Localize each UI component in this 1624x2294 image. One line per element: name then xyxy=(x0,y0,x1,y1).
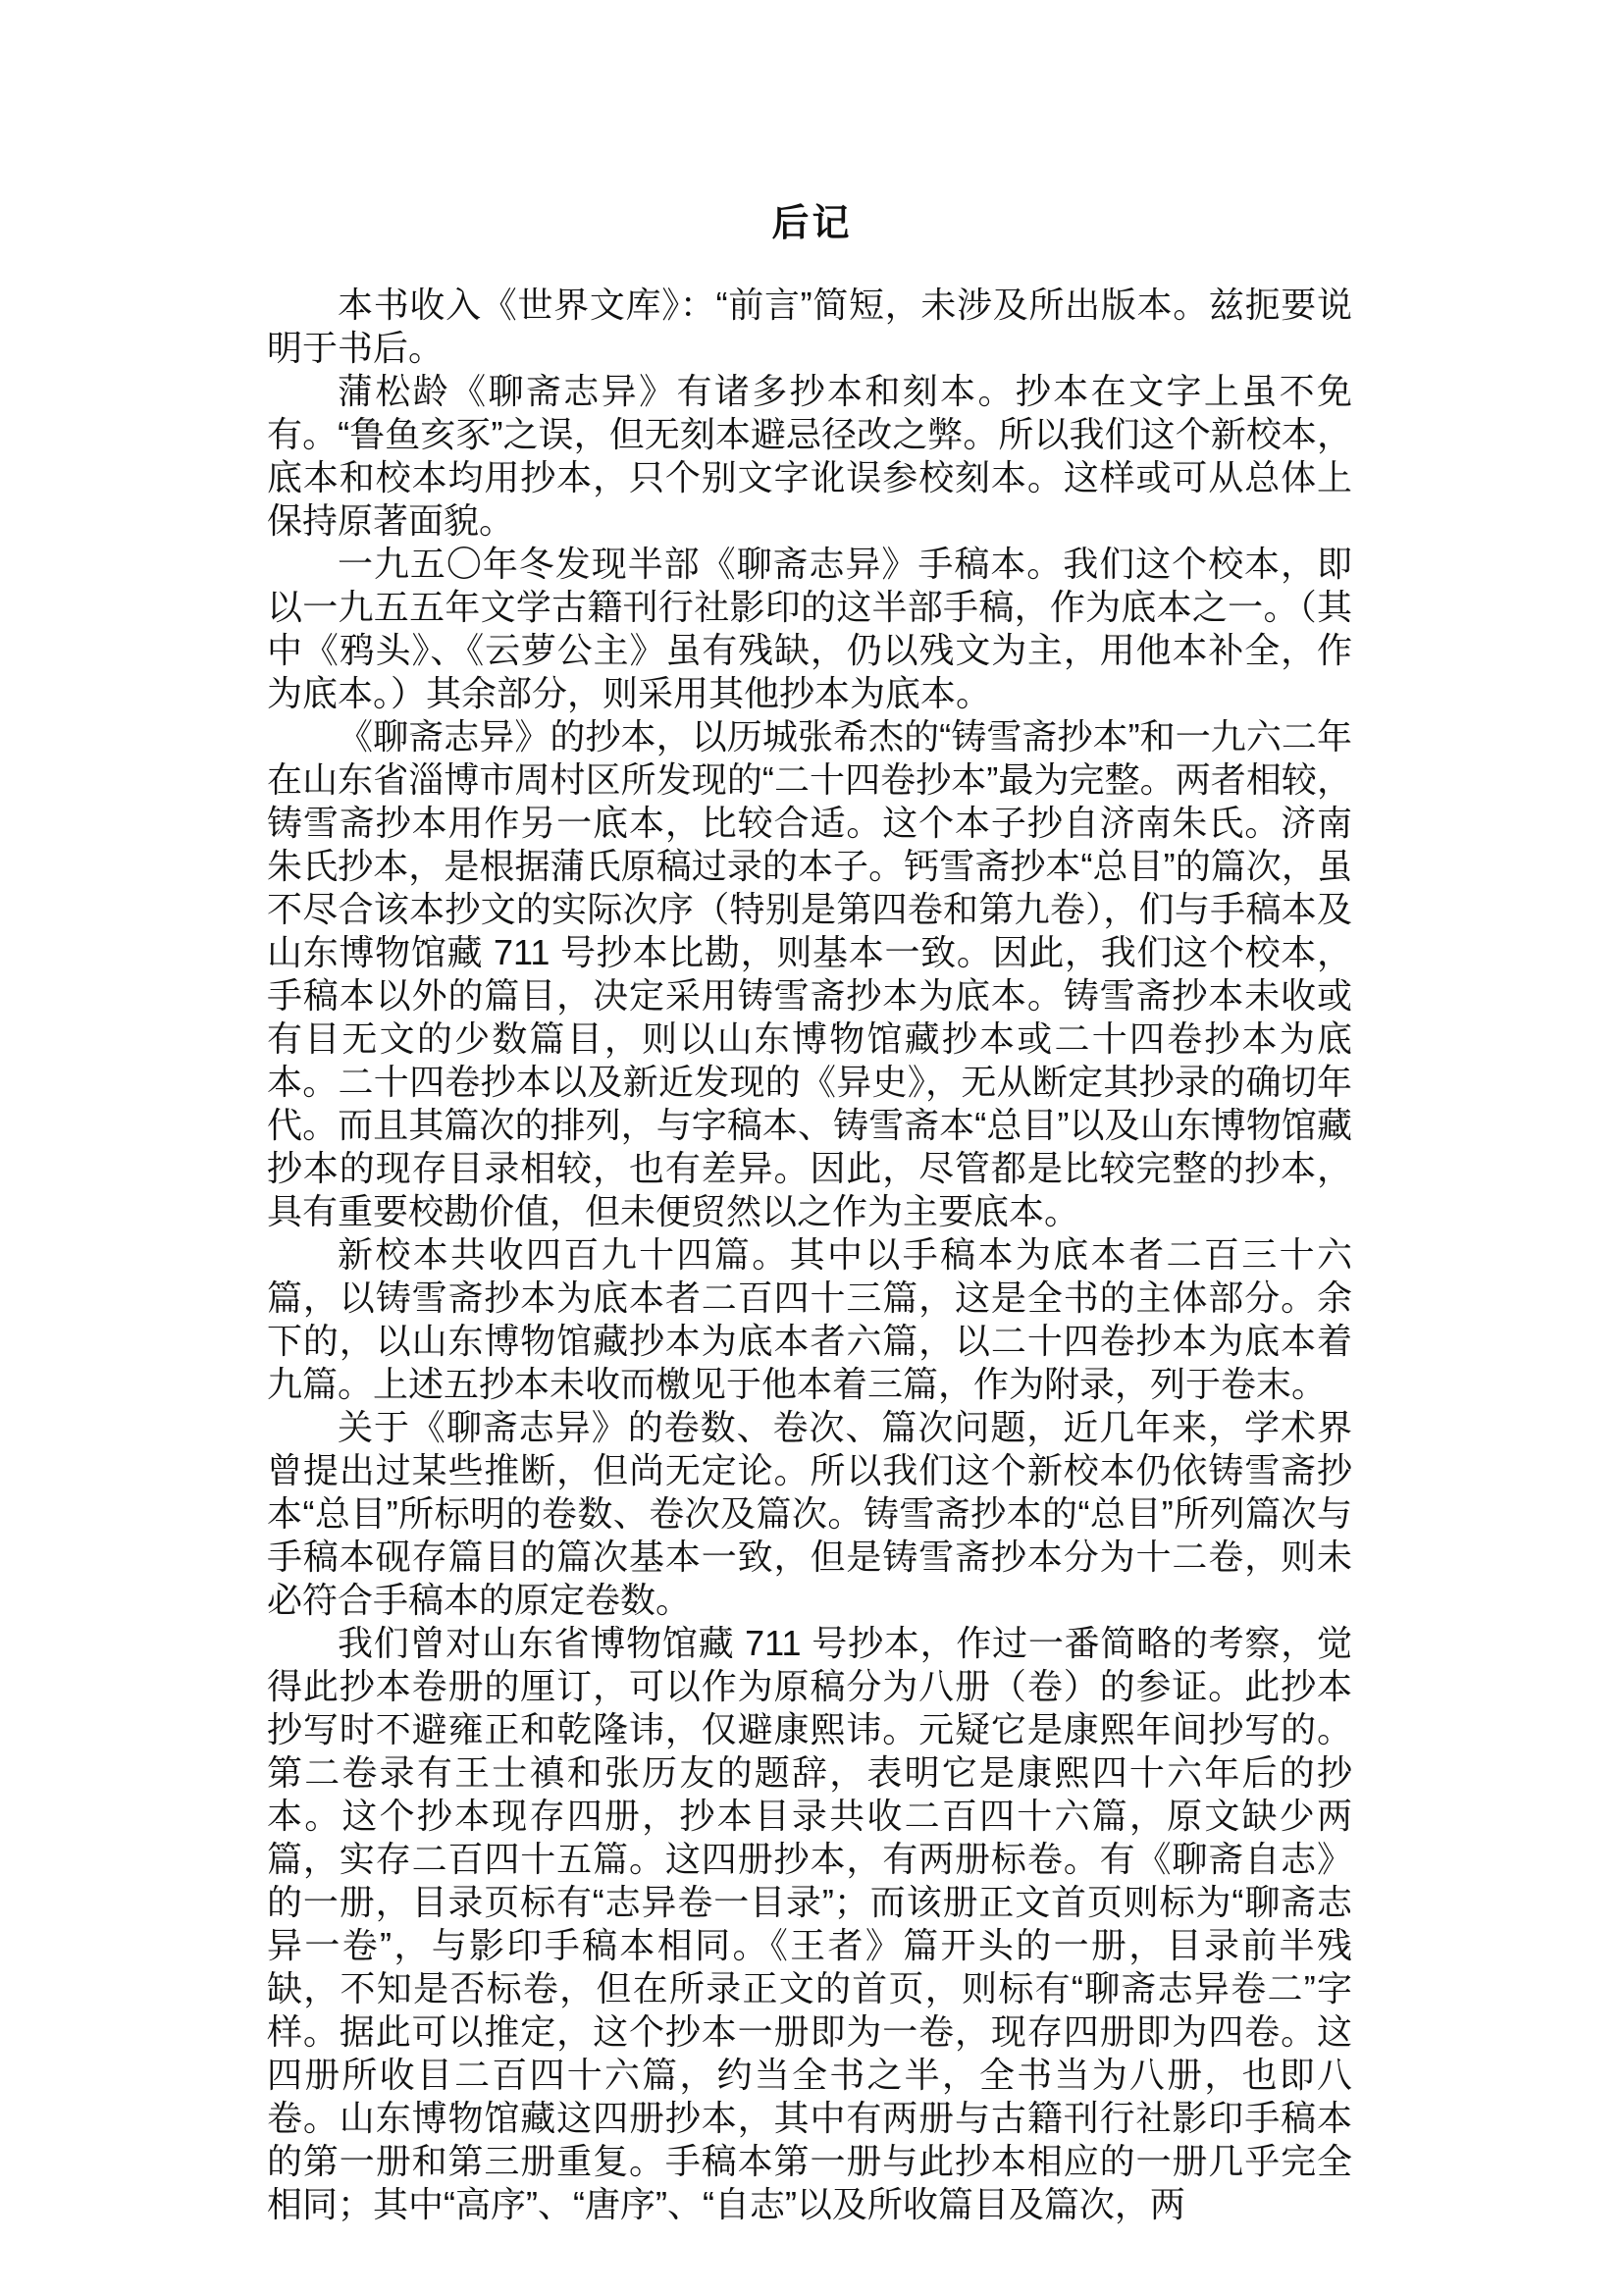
paragraph: 《聊斋志异》的抄本，以历城张希杰的“铸雪斋抄本”和一九六二年在山东省淄博市周村区… xyxy=(267,715,1352,1233)
paragraph: 一九五〇年冬发现半部《聊斋志异》手稿本。我们这个校本，即以一九五五年文学古籍刊行… xyxy=(267,543,1352,715)
paragraph: 本书收入《世界文库》：“前言”简短，未涉及所出版本。兹扼要说明于书后。 xyxy=(267,284,1352,370)
page-title: 后记 xyxy=(0,192,1624,246)
paragraph: 新校本共收四百九十四篇。其中以手稿本为底本者二百三十六篇，以铸雪斋抄本为底本者二… xyxy=(267,1233,1352,1406)
paragraph: 蒲松龄《聊斋志异》有诸多抄本和刻本。抄本在文字上虽不免有。“鲁鱼亥豕”之误，但无… xyxy=(267,370,1352,543)
paragraph: 关于《聊斋志异》的卷数、卷次、篇次问题，近几年来，学术界曾提出过某些推断，但尚无… xyxy=(267,1406,1352,1622)
document-page: 后记 本书收入《世界文库》：“前言”简短，未涉及所出版本。兹扼要说明于书后。蒲松… xyxy=(0,0,1624,2294)
paragraph: 我们曾对山东省博物馆藏 711 号抄本，作过一番简略的考察，觉得此抄本卷册的厘订… xyxy=(267,1622,1352,2226)
afterword-body: 本书收入《世界文库》：“前言”简短，未涉及所出版本。兹扼要说明于书后。蒲松龄《聊… xyxy=(267,284,1352,2226)
